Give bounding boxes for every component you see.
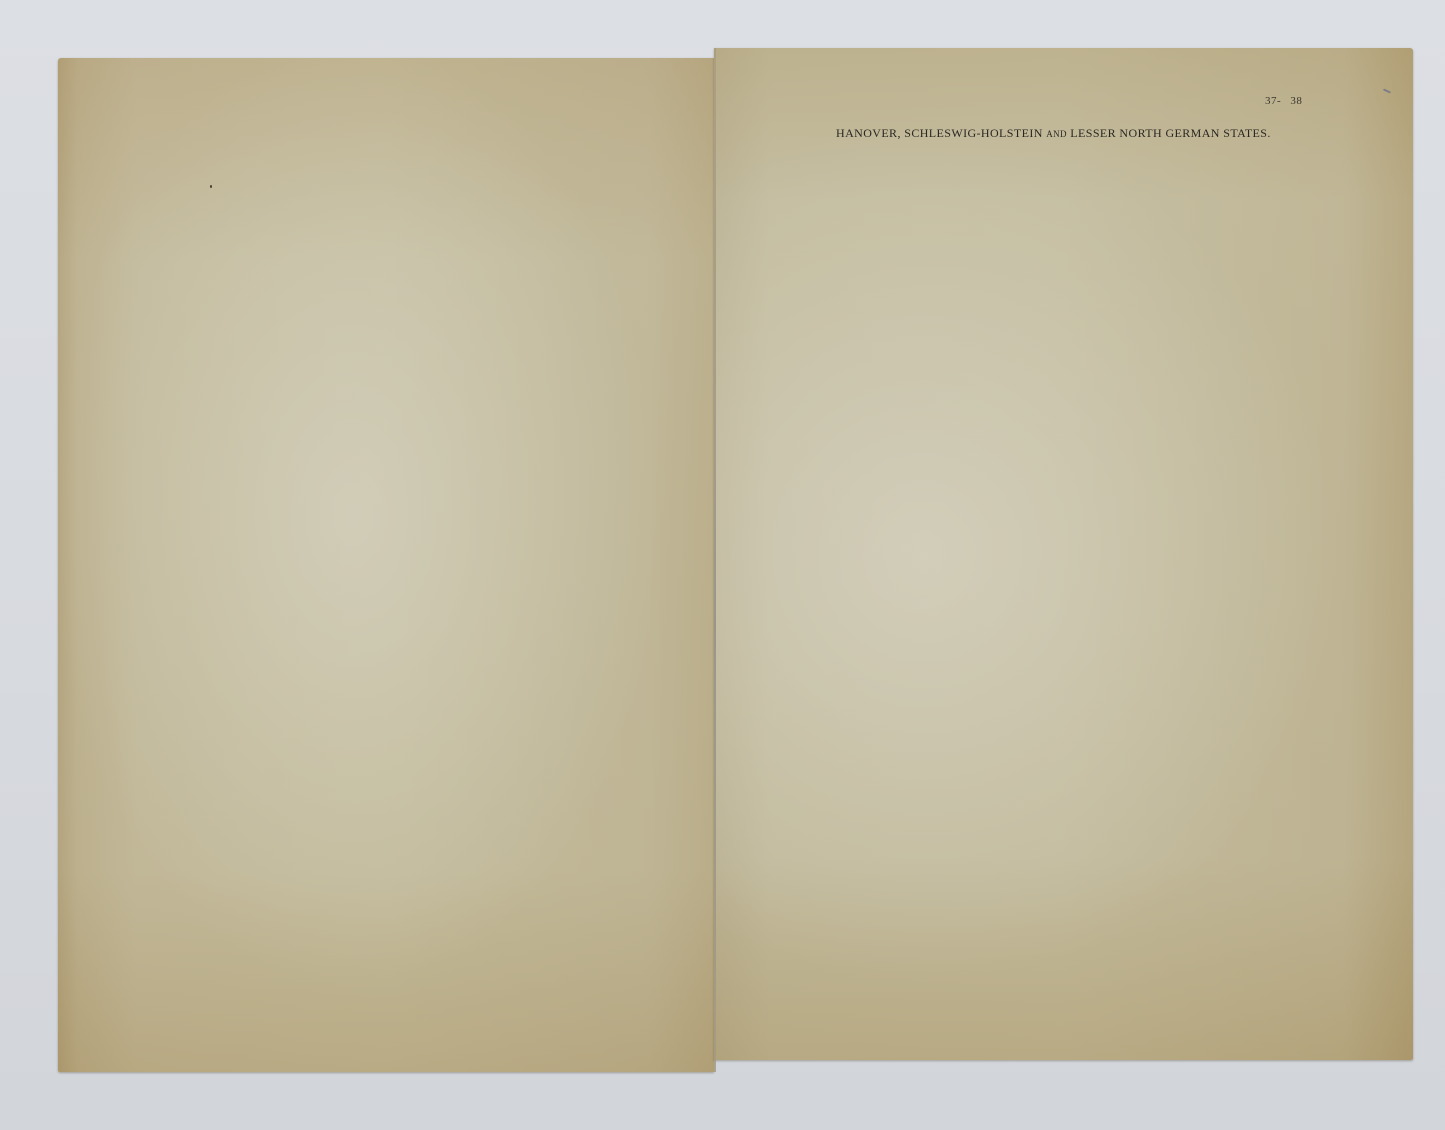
map-title: HANOVER, SCHLESWIG-HOLSTEIN AND LESSER N…: [836, 126, 1271, 141]
page-numbers: 37- 38: [1265, 95, 1302, 107]
right-leaf: [714, 48, 1413, 1060]
center-fold: [714, 48, 716, 1072]
map-title-part1: HANOVER, SCHLESWIG-HOLSTEIN: [836, 126, 1046, 140]
atlas-sheet: [58, 48, 1413, 1076]
map-title-part2: LESSER NORTH GERMAN STATES.: [1067, 126, 1271, 140]
left-leaf: [58, 58, 714, 1072]
map-title-conjunction: AND: [1046, 129, 1067, 139]
paper-speck: [210, 185, 212, 188]
